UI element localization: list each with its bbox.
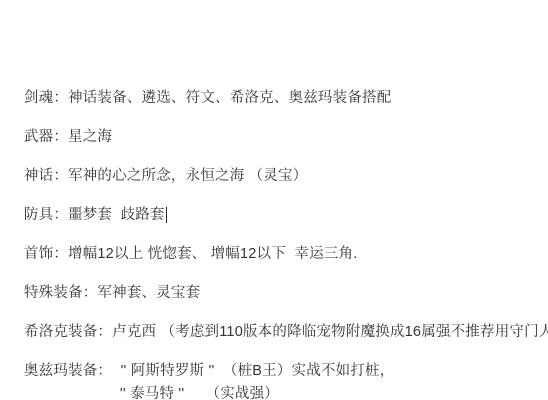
doc-line-text: 剑魂：神话装备、遴选、符文、希洛克、奥兹玛装备搭配 [24, 90, 392, 106]
doc-line-jianhun: 剑魂：神话装备、遴选、符文、希洛克、奥兹玛装备搭配 [7, 68, 542, 88]
doc-line-text: 防具：噩梦套 歧路套 [24, 207, 165, 223]
doc-line-accessories: 首饰：增幅12以上 恍惚套、 增幅12以下 幸运三角. [7, 224, 542, 244]
doc-line-text: 神话：军神的心之所念，永恒之海 （灵宝） [24, 168, 308, 184]
doc-line-text: '' 泰马特 '' （实战强） [120, 386, 279, 400]
doc-line-aozima-1: 奥兹玛装备： '' 阿斯特罗斯 '' （桩B王）实战不如打桩， [7, 341, 542, 361]
doc-line-mythic: 神话：军神的心之所念，永恒之海 （灵宝） [7, 146, 542, 166]
doc-line-armor: 防具：噩梦套 歧路套 [7, 185, 542, 205]
doc-line-special-equip: 特殊装备：军神套、灵宝套 [7, 263, 542, 283]
doc-line-hiluoke: 希洛克装备：卢克西 （考虑到110版本的降临宠物附魔换成16属强不推荐用守门人） [7, 302, 542, 322]
text-cursor [166, 207, 168, 223]
doc-line-text: 特殊装备：军神套、灵宝套 [24, 285, 200, 301]
document-canvas[interactable]: 剑魂：神话装备、遴选、符文、希洛克、奥兹玛装备搭配 武器：星之海 神话：军神的心… [0, 0, 548, 400]
doc-line-text: 希洛克装备：卢克西 （考虑到110版本的降临宠物附魔换成16属强不推荐用守门人） [24, 324, 548, 340]
doc-line-text: 首饰：增幅12以上 恍惚套、 增幅12以下 幸运三角. [24, 246, 358, 262]
doc-line-text: 奥兹玛装备： '' 阿斯特罗斯 '' （桩B王）实战不如打桩， [24, 363, 395, 379]
doc-line-text: 武器：星之海 [24, 129, 112, 145]
doc-line-weapon: 武器：星之海 [7, 107, 542, 127]
